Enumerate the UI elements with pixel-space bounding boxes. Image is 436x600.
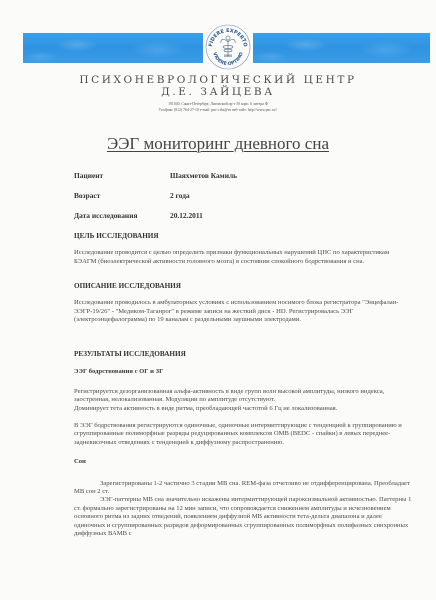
organization-name: ПСИХОНЕВРОЛОГИЧЕСКИЙ ЦЕНТР Д.Е. ЗАЙЦЕВА (0, 74, 436, 98)
wake-paragraph: Регистрируется дезорганизованная альфа-а… (74, 388, 412, 405)
patient-value: Шаяхметов Камиль (170, 171, 237, 180)
document-page: FIDERE EXPERTO VIDERE OPTIMO ПСИХОНЕВРОЛ… (0, 0, 436, 600)
section-description: ОПИСАНИЕ ИССЛЕДОВАНИЯ Исследование прово… (74, 282, 412, 325)
section-text: Исследование проводилось в амбулаторных … (74, 299, 412, 324)
age-label: Возраст (74, 191, 170, 200)
contacts-line: Тел/факс (812) 764-27-10 e-mail: pnc-cth… (22, 107, 414, 113)
organization-address: 191040, Санкт-Петербург, Лиговский пр-т … (22, 101, 414, 113)
section-heading: ОПИСАНИЕ ИССЛЕДОВАНИЯ (74, 282, 412, 290)
exam-date-row: Дата исследования 20.12.2011 (74, 211, 237, 231)
wake-paragraph: В ЭЭГ бодрствования регистрируются одино… (74, 422, 412, 447)
section-heading: ЦЕЛЬ ИССЛЕДОВАНИЯ (74, 232, 412, 240)
section-goal: ЦЕЛЬ ИССЛЕДОВАНИЯ Исследование проводитс… (74, 232, 412, 266)
section-results: РЕЗУЛЬТАТЫ ИССЛЕДОВАНИЯ ЭЭГ бодрствовани… (74, 350, 412, 539)
wake-paragraph: Доминирует тета активность в виде ритма,… (74, 405, 412, 413)
patient-info: Пациент Шаяхметов Камиль Возраст 2 года … (74, 171, 237, 231)
sleep-paragraph: ЭЭГ-паттерны МВ сна значительно искажены… (74, 496, 412, 538)
organization-name-line1: ПСИХОНЕВРОЛОГИЧЕСКИЙ ЦЕНТР (79, 74, 356, 86)
document-title: ЭЭГ мониторинг дневного сна (0, 134, 436, 154)
exam-date-value: 20.12.2011 (170, 211, 203, 220)
tree-emblem-icon: FIDERE EXPERTO VIDERE OPTIMO (205, 24, 251, 70)
letterhead-banner-right (253, 33, 430, 63)
sleep-subheading: Сон (74, 458, 412, 466)
sleep-paragraph: Зарегистрированы 1-2 частично 3 стадии М… (74, 480, 412, 497)
letterhead-banner-left (23, 33, 203, 63)
wake-subheading: ЭЭГ бодрствования с ОГ и ЗГ (74, 368, 412, 376)
age-value: 2 года (170, 191, 190, 200)
age-row: Возраст 2 года (74, 191, 237, 211)
patient-row: Пациент Шаяхметов Камиль (74, 171, 237, 191)
section-text: Исследование проводится с целью определи… (74, 249, 412, 266)
exam-date-label: Дата исследования (74, 211, 170, 220)
organization-name-line2: Д.Е. ЗАЙЦЕВА (0, 86, 436, 98)
section-heading: РЕЗУЛЬТАТЫ ИССЛЕДОВАНИЯ (74, 350, 412, 358)
patient-label: Пациент (74, 171, 170, 180)
